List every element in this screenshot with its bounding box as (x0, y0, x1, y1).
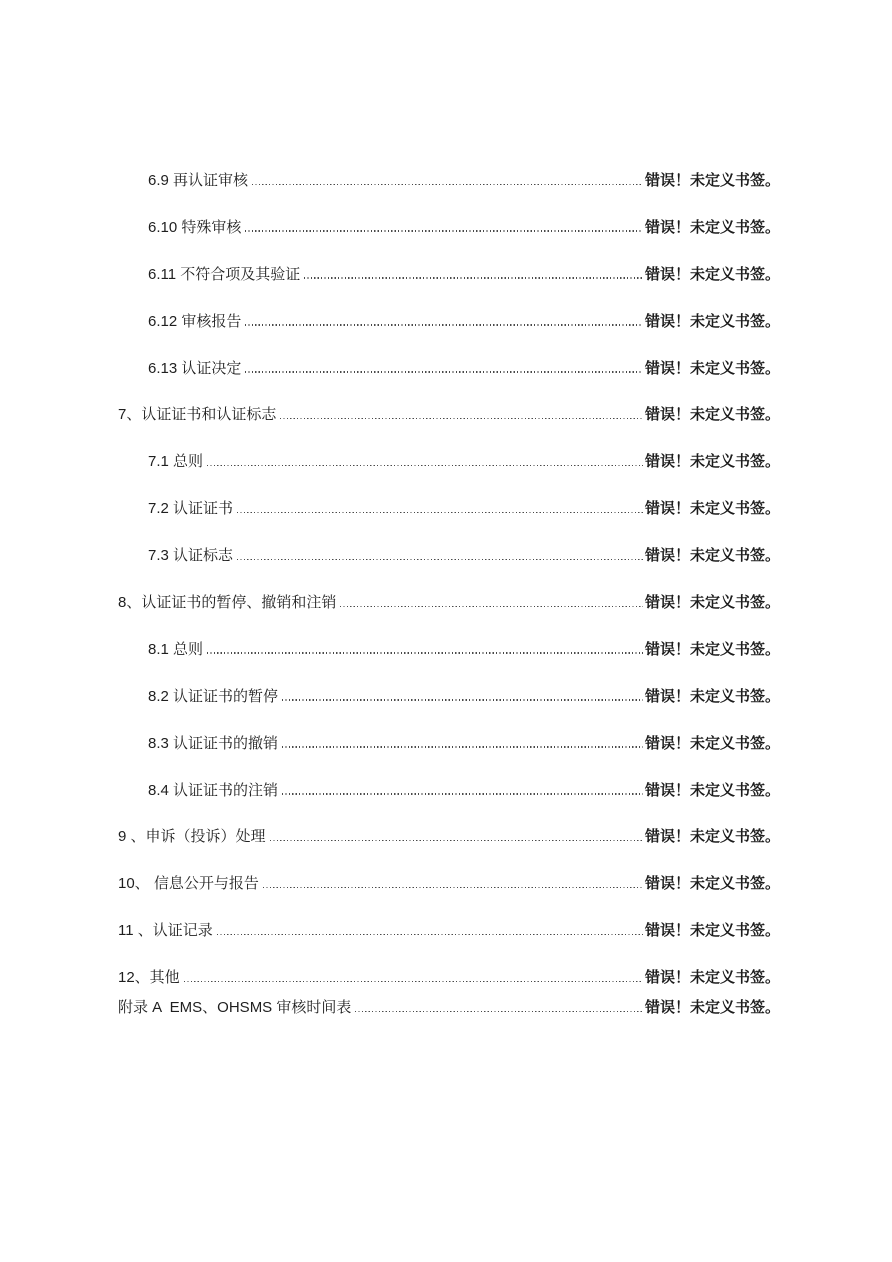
dot-leader (245, 230, 643, 232)
toc-entry-page-ref: 错误！未定义书签。 (645, 548, 780, 564)
toc-entry-page-ref: 错误！未定义书签。 (645, 736, 780, 752)
toc-entry-title: 9 、申诉（投诉）处理 (118, 829, 266, 845)
toc-entry-title: 12、其他 (118, 970, 180, 986)
toc-entry-page-ref: 错误！未定义书签。 (645, 829, 780, 845)
toc-entry[interactable]: 8.1 总则 错误！未定义书签。 (118, 642, 780, 658)
dot-leader (245, 371, 643, 373)
toc-entry-page-ref: 错误！未定义书签。 (645, 173, 780, 189)
toc-entry-page-ref: 错误！未定义书签。 (645, 454, 780, 470)
toc-entry[interactable]: 11 、认证记录 错误！未定义书签。 (118, 923, 780, 939)
toc-entry[interactable]: 7.3 认证标志 错误！未定义书签。 (118, 548, 780, 564)
toc-entry-page-ref: 错误！未定义书签。 (645, 1000, 780, 1016)
toc-entry-title: 6.10 特殊审核 (148, 220, 241, 236)
toc-entry[interactable]: 7、认证证书和认证标志 错误！未定义书签。 (118, 407, 780, 423)
toc-entry[interactable]: 6.10 特殊审核 错误！未定义书签。 (118, 220, 780, 236)
toc-entry-title: 8.4 认证证书的注销 (148, 783, 278, 799)
dot-leader (237, 559, 643, 561)
toc-entry-page-ref: 错误！未定义书签。 (645, 361, 780, 377)
toc-entry[interactable]: 8.3 认证证书的撤销 错误！未定义书签。 (118, 736, 780, 752)
toc-entry-title: 8.1 总则 (148, 642, 203, 658)
dot-leader (207, 465, 643, 467)
toc-entry[interactable]: 9 、申诉（投诉）处理 错误！未定义书签。 (118, 829, 780, 845)
toc-entry-page-ref: 错误！未定义书签。 (645, 267, 780, 283)
dot-leader (280, 418, 643, 420)
toc-entry-title: 7、认证证书和认证标志 (118, 407, 276, 423)
toc-entry-page-ref: 错误！未定义书签。 (645, 642, 780, 658)
toc-entry[interactable]: 6.9 再认证审核 错误！未定义书签。 (118, 173, 780, 189)
toc-entry-title: 8.2 认证证书的暂停 (148, 689, 278, 705)
dot-leader (207, 652, 643, 654)
toc-entry-page-ref: 错误！未定义书签。 (645, 220, 780, 236)
dot-leader (282, 746, 643, 748)
toc-entry-page-ref: 错误！未定义书签。 (645, 783, 780, 799)
toc-entry-title: 6.13 认证决定 (148, 361, 241, 377)
toc-entry-title: 附录 A EMS、OHSMS 审核时间表 (118, 1000, 351, 1016)
dot-leader (217, 934, 643, 936)
toc-entry-page-ref: 错误！未定义书签。 (645, 970, 780, 986)
dot-leader (355, 1011, 643, 1013)
toc-entry[interactable]: 10、 信息公开与报告 错误！未定义书签。 (118, 876, 780, 892)
toc-entry[interactable]: 8.2 认证证书的暂停 错误！未定义书签。 (118, 689, 780, 705)
toc-entry[interactable]: 8.4 认证证书的注销 错误！未定义书签。 (118, 783, 780, 799)
toc-entry[interactable]: 6.11 不符合项及其验证 错误！未定义书签。 (118, 267, 780, 283)
toc-entry-title: 6.9 再认证审核 (148, 173, 248, 189)
document-page: 6.9 再认证审核 错误！未定义书签。 6.10 特殊审核 错误！未定义书签。 … (0, 0, 892, 1262)
dot-leader (237, 512, 643, 514)
dot-leader (270, 840, 643, 842)
toc-entry[interactable]: 6.12 审核报告 错误！未定义书签。 (118, 314, 780, 330)
toc-entry-title: 6.12 审核报告 (148, 314, 241, 330)
toc-entry-page-ref: 错误！未定义书签。 (645, 876, 780, 892)
toc-entry-title: 8.3 认证证书的撤销 (148, 736, 278, 752)
toc-entry-page-ref: 错误！未定义书签。 (645, 407, 780, 423)
dot-leader (245, 324, 643, 326)
toc-entry[interactable]: 7.1 总则 错误！未定义书签。 (118, 454, 780, 470)
toc-entry[interactable]: 附录 A EMS、OHSMS 审核时间表 错误！未定义书签。 (118, 1000, 780, 1016)
toc-entry-title: 10、 信息公开与报告 (118, 876, 259, 892)
toc-entry[interactable]: 12、其他 错误！未定义书签。 (118, 970, 780, 986)
table-of-contents: 6.9 再认证审核 错误！未定义书签。 6.10 特殊审核 错误！未定义书签。 … (118, 173, 780, 1016)
toc-entry[interactable]: 7.2 认证证书 错误！未定义书签。 (118, 501, 780, 517)
toc-entry-page-ref: 错误！未定义书签。 (645, 314, 780, 330)
toc-entry-page-ref: 错误！未定义书签。 (645, 689, 780, 705)
toc-entry-title: 7.2 认证证书 (148, 501, 233, 517)
dot-leader (282, 793, 643, 795)
dot-leader (184, 981, 643, 983)
toc-entry-page-ref: 错误！未定义书签。 (645, 923, 780, 939)
toc-entry-title: 6.11 不符合项及其验证 (148, 267, 300, 283)
toc-entry[interactable]: 8、认证证书的暂停、撤销和注销 错误！未定义书签。 (118, 595, 780, 611)
dot-leader (252, 184, 643, 186)
dot-leader (304, 277, 643, 279)
toc-entry-page-ref: 错误！未定义书签。 (645, 501, 780, 517)
dot-leader (340, 606, 643, 608)
toc-entry-title: 8、认证证书的暂停、撤销和注销 (118, 595, 336, 611)
dot-leader (263, 887, 643, 889)
toc-entry-title: 7.1 总则 (148, 454, 203, 470)
dot-leader (282, 699, 643, 701)
toc-entry-title: 11 、认证记录 (118, 923, 213, 939)
toc-entry-page-ref: 错误！未定义书签。 (645, 595, 780, 611)
toc-entry-title: 7.3 认证标志 (148, 548, 233, 564)
toc-entry[interactable]: 6.13 认证决定 错误！未定义书签。 (118, 361, 780, 377)
